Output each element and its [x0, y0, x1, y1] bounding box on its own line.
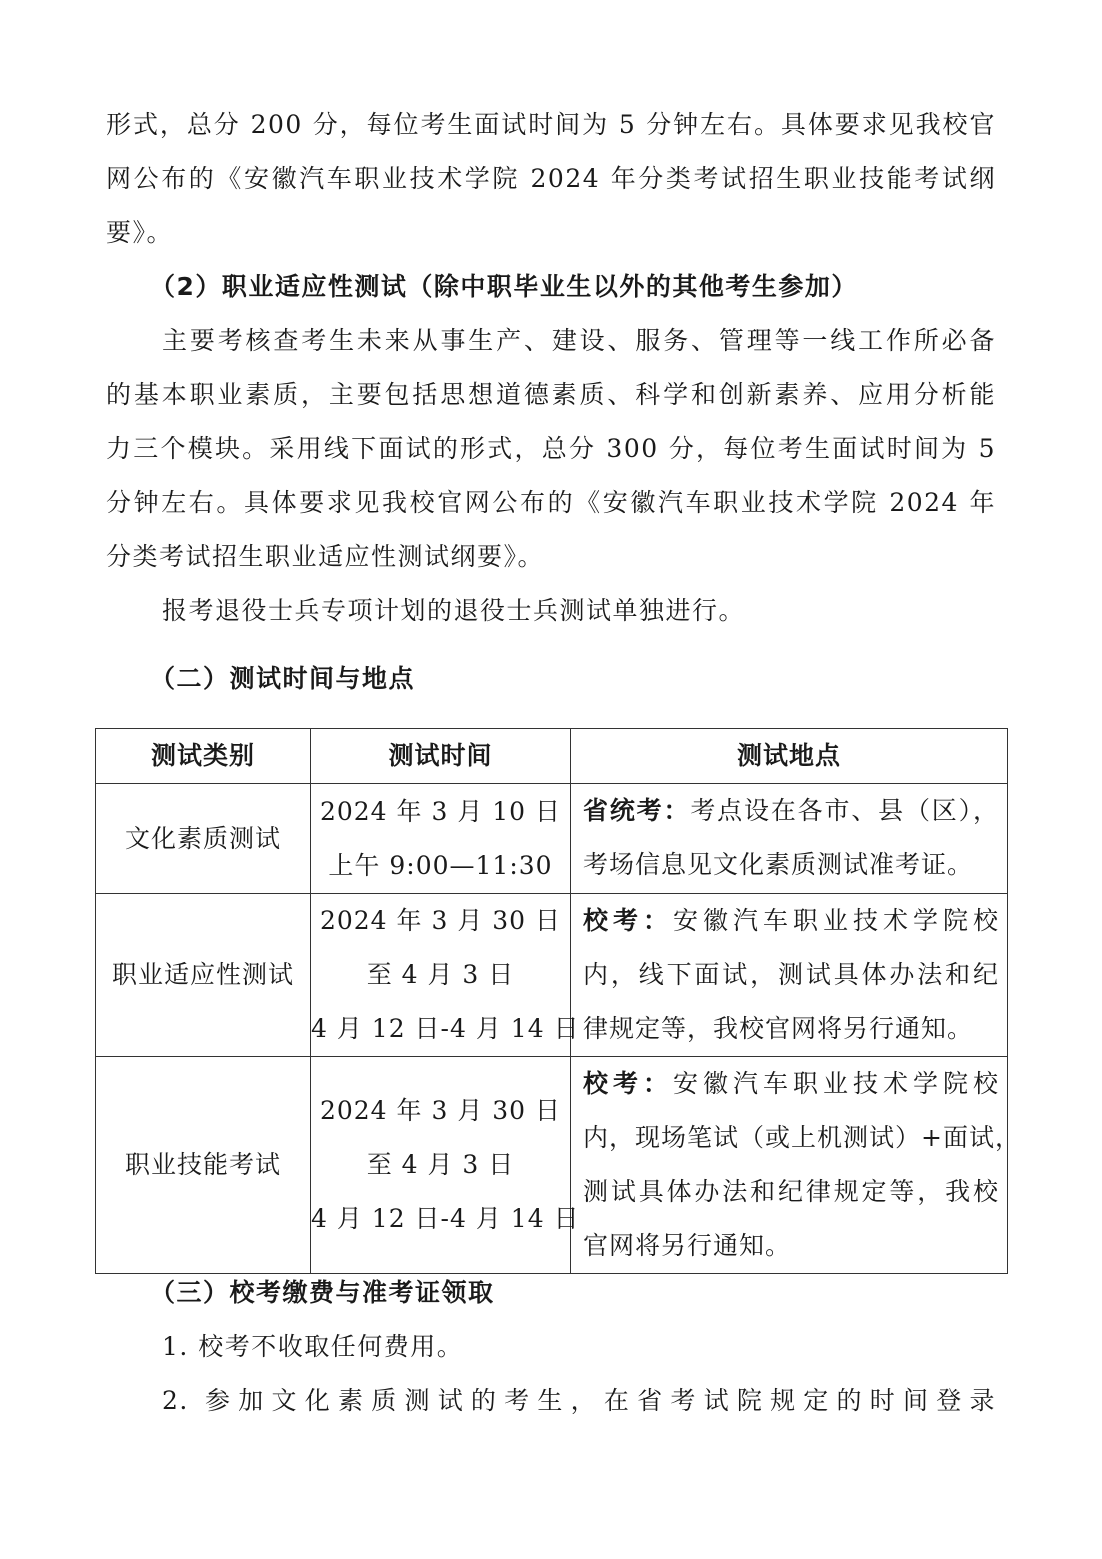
time-line: 4 月 12 日-4 月 14 日 — [311, 1002, 570, 1056]
cell-category: 职业适应性测试 — [96, 894, 311, 1057]
header-time: 测试时间 — [311, 729, 571, 784]
cell-place: 省统考：考点设在各市、县（区）， 考场信息见文化素质测试准考证。 — [571, 784, 1008, 894]
paragraph-line: 分钟左右。具体要求见我校官网公布的《安徽汽车职业技术学院 2024 年 — [106, 486, 996, 520]
place-line: 考点设在各市、县（区）， — [690, 796, 999, 825]
paragraph-line: 形式，总分 200 分，每位考生面试时间为 5 分钟左右。具体要求见我校官 — [106, 108, 996, 142]
paragraph-line: 主要考核查考生未来从事生产、建设、服务、管理等一线工作所必备 — [162, 324, 996, 358]
place-line: 考场信息见文化素质测试准考证。 — [583, 838, 999, 892]
place-line: 律规定等，我校官网将另行通知。 — [583, 1002, 999, 1056]
paragraph-line: 力三个模块。采用线下面试的形式，总分 300 分，每位考生面试时间为 5 — [106, 432, 996, 466]
table-row: 职业适应性测试 2024 年 3 月 30 日 至 4 月 3 日 4 月 12… — [96, 894, 1008, 1057]
place-label: 校考： — [583, 906, 673, 935]
time-line: 上午 9:00—11:30 — [311, 839, 570, 893]
cell-time: 2024 年 3 月 30 日 至 4 月 3 日 4 月 12 日-4 月 1… — [311, 894, 571, 1057]
place-label: 省统考： — [583, 796, 690, 825]
place-line: 内，线下面试，测试具体办法和纪 — [583, 948, 999, 1002]
place-line: 内，现场笔试（或上机测试）+面试， — [583, 1111, 999, 1165]
time-line: 至 4 月 3 日 — [311, 948, 570, 1002]
time-line: 2024 年 3 月 30 日 — [311, 1084, 570, 1138]
time-line: 至 4 月 3 日 — [311, 1138, 570, 1192]
paragraph-line: 的基本职业素质，主要包括思想道德素质、科学和创新素养、应用分析能 — [106, 378, 996, 412]
cell-time: 2024 年 3 月 30 日 至 4 月 3 日 4 月 12 日-4 月 1… — [311, 1057, 571, 1274]
cell-place: 校考：安徽汽车职业技术学院校 内，线下面试，测试具体办法和纪 律规定等，我校官网… — [571, 894, 1008, 1057]
cell-category: 文化素质测试 — [96, 784, 311, 894]
table-row: 职业技能考试 2024 年 3 月 30 日 至 4 月 3 日 4 月 12 … — [96, 1057, 1008, 1274]
list-item: 2. 参加文化素质测试的考生，在省考试院规定的时间登录 — [162, 1384, 996, 1418]
list-item: 1. 校考不收取任何费用。 — [162, 1330, 1052, 1364]
paragraph-line: 报考退役士兵专项计划的退役士兵测试单独进行。 — [162, 594, 1052, 628]
schedule-table: 测试类别 测试时间 测试地点 文化素质测试 2024 年 3 月 10 日 上午… — [95, 728, 1008, 1274]
header-category: 测试类别 — [96, 729, 311, 784]
place-line: 官网将另行通知。 — [583, 1219, 999, 1273]
table-header-row: 测试类别 测试时间 测试地点 — [96, 729, 1008, 784]
time-line: 2024 年 3 月 30 日 — [311, 894, 570, 948]
time-line: 2024 年 3 月 10 日 — [311, 785, 570, 839]
section-heading: （二）测试时间与地点 — [150, 662, 1040, 696]
cell-time: 2024 年 3 月 10 日 上午 9:00—11:30 — [311, 784, 571, 894]
place-line: 安徽汽车职业技术学院校 — [673, 906, 999, 935]
header-place: 测试地点 — [571, 729, 1008, 784]
place-line: 测试具体办法和纪律规定等，我校 — [583, 1165, 999, 1219]
subsection-heading: （2）职业适应性测试（除中职毕业生以外的其他考生参加） — [150, 270, 1040, 304]
section-heading: （三）校考缴费与准考证领取 — [150, 1276, 1040, 1310]
place-label: 校考： — [583, 1069, 673, 1098]
paragraph-line: 要》。 — [106, 216, 996, 250]
table-row: 文化素质测试 2024 年 3 月 10 日 上午 9:00—11:30 省统考… — [96, 784, 1008, 894]
paragraph-line: 分类考试招生职业适应性测试纲要》。 — [106, 540, 996, 574]
time-line: 4 月 12 日-4 月 14 日 — [311, 1192, 570, 1246]
cell-place: 校考：安徽汽车职业技术学院校 内，现场笔试（或上机测试）+面试， 测试具体办法和… — [571, 1057, 1008, 1274]
cell-category: 职业技能考试 — [96, 1057, 311, 1274]
place-line: 安徽汽车职业技术学院校 — [673, 1069, 999, 1098]
paragraph-line: 网公布的《安徽汽车职业技术学院 2024 年分类考试招生职业技能考试纲 — [106, 162, 996, 196]
